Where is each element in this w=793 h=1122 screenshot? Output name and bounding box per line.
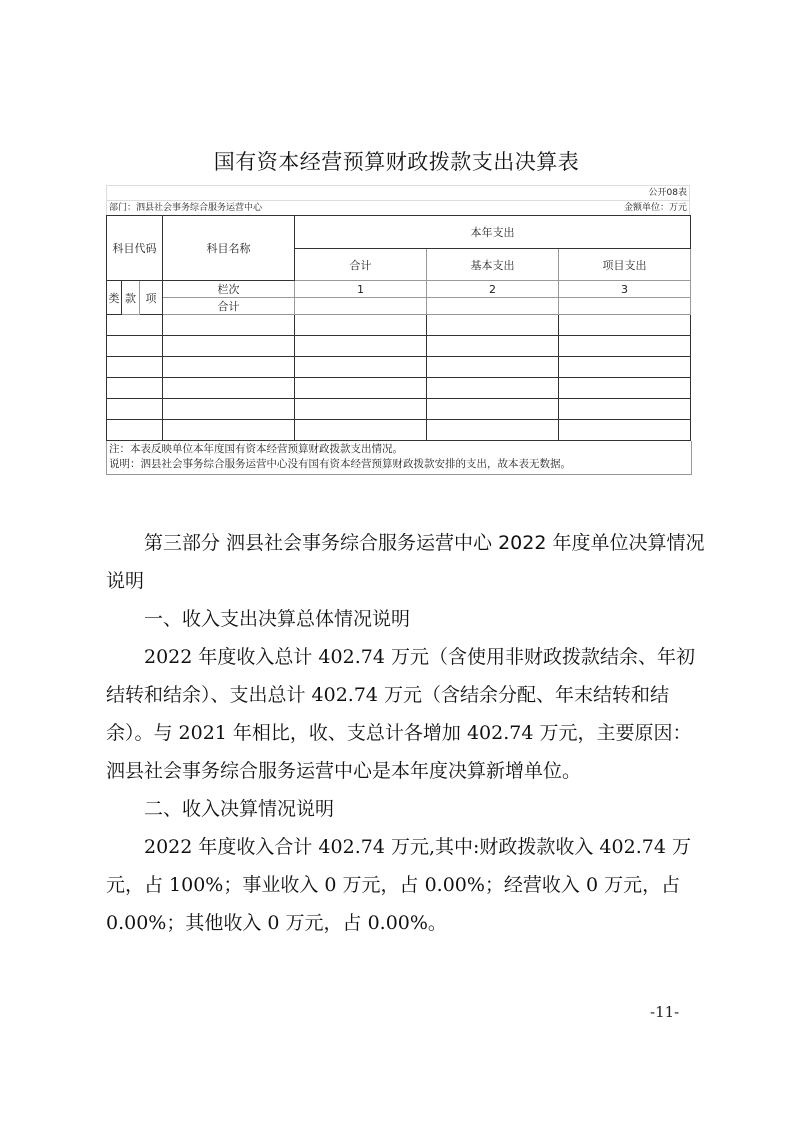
- row-project: [559, 315, 691, 336]
- row-name: [163, 357, 295, 378]
- form-code-row: 公开08表: [106, 185, 690, 201]
- row-name: [163, 315, 295, 336]
- total-row-value-2: [427, 298, 559, 315]
- row-project: [559, 357, 691, 378]
- total-row-value-3: [559, 298, 691, 315]
- table-row: [107, 399, 691, 420]
- expenditure-table: 科目代码 科目名称 本年支出 合计 基本支出 项目支出 类 款 项 栏次 1 2…: [106, 215, 691, 441]
- header-current-year-expenditure: 本年支出: [295, 216, 691, 249]
- section1-paragraph: 2022 年度收入总计 402.74 万元（含使用非财政拨款结余、年初结转和结余…: [106, 638, 706, 790]
- row-project: [559, 420, 691, 441]
- table-row: [107, 378, 691, 399]
- row-basic: [427, 399, 559, 420]
- row-basic: [427, 357, 559, 378]
- table-note: 注：本表反映单位本年度国有资本经营预算财政拨款支出情况。: [109, 442, 691, 457]
- row-basic: [427, 315, 559, 336]
- table-row: [107, 315, 691, 336]
- row-total: [295, 315, 427, 336]
- header-section: 款: [122, 281, 140, 315]
- row-basic: [427, 378, 559, 399]
- table-row: [107, 357, 691, 378]
- column-index-1: 1: [295, 281, 427, 298]
- page-number: -11-: [650, 1003, 679, 1021]
- row-basic: [427, 336, 559, 357]
- row-total: [295, 378, 427, 399]
- header-category: 类: [107, 281, 122, 315]
- section2-heading: 二、收入决算情况说明: [106, 790, 706, 828]
- section2-paragraph: 2022 年度收入合计 402.74 万元,其中:财政拨款收入 402.74 万…: [106, 828, 706, 942]
- row-name: [163, 378, 295, 399]
- table-notes: 注：本表反映单位本年度国有资本经营预算财政拨款支出情况。 说明：泗县社会事务综合…: [106, 441, 692, 475]
- column-index-2: 2: [427, 281, 559, 298]
- row-name: [163, 336, 295, 357]
- header-subject-code: 科目代码: [107, 216, 163, 281]
- row-total: [295, 399, 427, 420]
- row-code: [107, 336, 163, 357]
- header-item: 项: [140, 281, 163, 315]
- total-row-label: 合计: [163, 298, 295, 315]
- row-project: [559, 336, 691, 357]
- total-row-value-1: [295, 298, 427, 315]
- form-code: 公开08表: [649, 186, 687, 200]
- row-code: [107, 420, 163, 441]
- row-project: [559, 378, 691, 399]
- part-title: 第三部分 泗县社会事务综合服务运营中心 2022 年度单位决算情况说明: [106, 524, 706, 600]
- department-label: 部门：泗县社会事务综合服务运营中心: [109, 201, 262, 215]
- row-name: [163, 420, 295, 441]
- row-code: [107, 378, 163, 399]
- row-total: [295, 357, 427, 378]
- row-total: [295, 420, 427, 441]
- expenditure-table-sheet: 公开08表 部门：泗县社会事务综合服务运营中心 金额单位：万元 科目代码 科目名…: [106, 185, 690, 475]
- section1-heading: 一、收入支出决算总体情况说明: [106, 600, 706, 638]
- row-code: [107, 315, 163, 336]
- row-total: [295, 336, 427, 357]
- row-name: [163, 399, 295, 420]
- department-row: 部门：泗县社会事务综合服务运营中心 金额单位：万元: [106, 201, 690, 215]
- row-code: [107, 357, 163, 378]
- table-explanation: 说明：泗县社会事务综合服务运营中心没有国有资本经营预算财政拨款安排的支出，故本表…: [109, 457, 691, 472]
- header-total: 合计: [295, 249, 427, 281]
- header-project-expenditure: 项目支出: [559, 249, 691, 281]
- table-row: [107, 420, 691, 441]
- column-index-3: 3: [559, 281, 691, 298]
- table-title: 国有资本经营预算财政拨款支出决算表: [0, 146, 793, 176]
- table-row: [107, 336, 691, 357]
- unit-label: 金额单位：万元: [624, 201, 687, 215]
- column-index-label: 栏次: [163, 281, 295, 298]
- header-subject-name: 科目名称: [163, 216, 295, 281]
- header-basic-expenditure: 基本支出: [427, 249, 559, 281]
- document-page: 国有资本经营预算财政拨款支出决算表 公开08表 部门：泗县社会事务综合服务运营中…: [0, 0, 793, 1122]
- row-basic: [427, 420, 559, 441]
- row-project: [559, 399, 691, 420]
- row-code: [107, 399, 163, 420]
- report-body: 第三部分 泗县社会事务综合服务运营中心 2022 年度单位决算情况说明 一、收入…: [106, 524, 706, 942]
